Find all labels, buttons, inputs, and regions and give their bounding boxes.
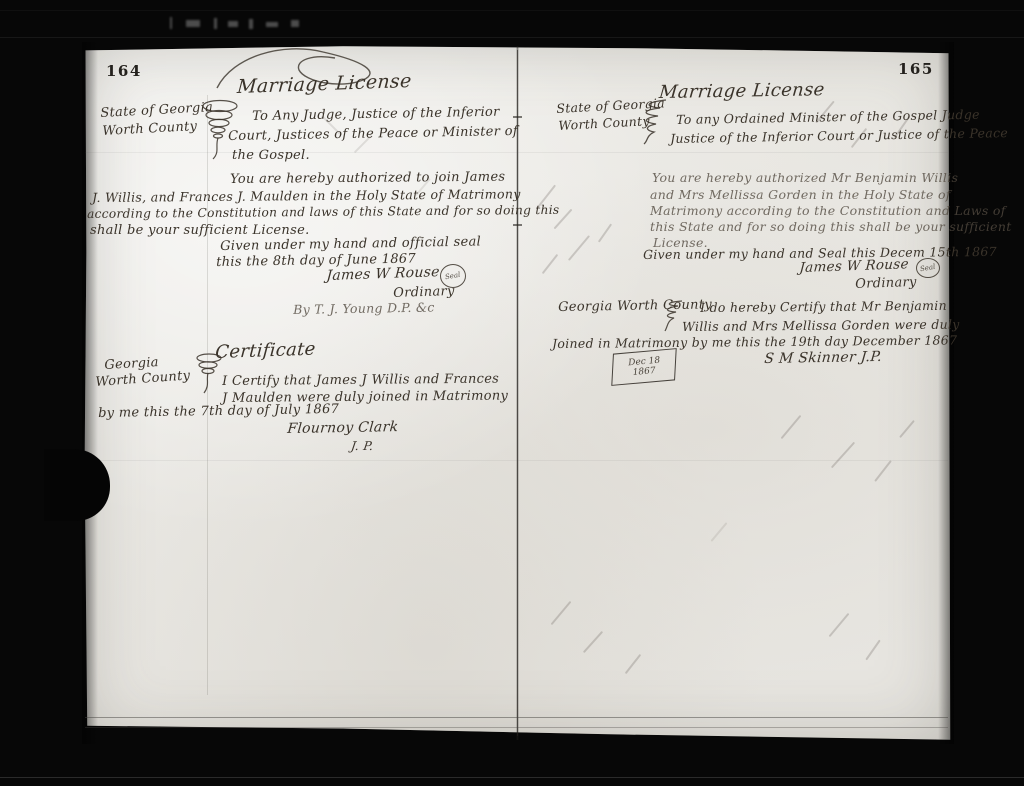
license-text-line: You are hereby authorized Mr Benjamin Wi… bbox=[652, 170, 958, 185]
license-text-line: shall be your sufficient License. bbox=[90, 223, 310, 238]
page-number-left: 164 bbox=[106, 62, 142, 80]
signature-title: Ordinary bbox=[855, 275, 917, 292]
license-text-line: Matrimony according to the Constitution … bbox=[650, 203, 1006, 218]
brace-spiral bbox=[193, 352, 225, 396]
officiant-signature: S M Skinner J.P. bbox=[764, 349, 883, 367]
page-edge-shadow-left bbox=[82, 42, 98, 744]
officiant-title: J. P. bbox=[350, 439, 374, 453]
gutter-tick bbox=[513, 116, 522, 118]
addressee-line: the Gospel. bbox=[232, 148, 310, 163]
deputy-line: By T. J. Young D.P. &c bbox=[293, 300, 435, 317]
signature-title: Ordinary bbox=[393, 284, 455, 301]
recording-stamp-box: Dec 18 1867 bbox=[611, 348, 676, 386]
license-text-line: You are hereby authorized to join James bbox=[230, 170, 505, 187]
scan-streak bbox=[0, 777, 1024, 778]
seal-scribble: Seal bbox=[916, 258, 940, 278]
page-edge-shadow-right bbox=[938, 42, 954, 744]
page-clamp-silhouette bbox=[44, 449, 110, 521]
certificate-jurisdiction: Georgia Worth County bbox=[558, 297, 712, 315]
scanned-record-book: 164 Marriage License State of Georgia Wo… bbox=[0, 0, 1024, 786]
certificate-body-line: I Certify that James J Willis and France… bbox=[222, 372, 499, 389]
page-number-right: 165 bbox=[898, 60, 934, 78]
scan-streak bbox=[0, 10, 1024, 11]
officiant-signature: Flournoy Clark bbox=[287, 419, 399, 437]
certificate-body-line: Willis and Mrs Mellissa Gorden were duly bbox=[682, 317, 960, 334]
gutter-tick bbox=[513, 224, 522, 226]
certificate-heading: Certificate bbox=[215, 338, 317, 363]
scan-streak bbox=[0, 37, 1024, 38]
license-text-line: this State and for so doing this shall b… bbox=[650, 219, 1012, 234]
certificate-body-line: I do hereby Certify that Mr Benjamin bbox=[700, 298, 947, 315]
brace-spiral bbox=[638, 96, 670, 146]
ledger-rule bbox=[85, 717, 948, 718]
license-text-line: and Mrs Mellissa Gorden in the Holy Stat… bbox=[650, 187, 951, 202]
ledger-rule bbox=[85, 460, 948, 461]
ledger-rule bbox=[85, 727, 948, 728]
page-heading: Marriage License bbox=[658, 79, 825, 103]
